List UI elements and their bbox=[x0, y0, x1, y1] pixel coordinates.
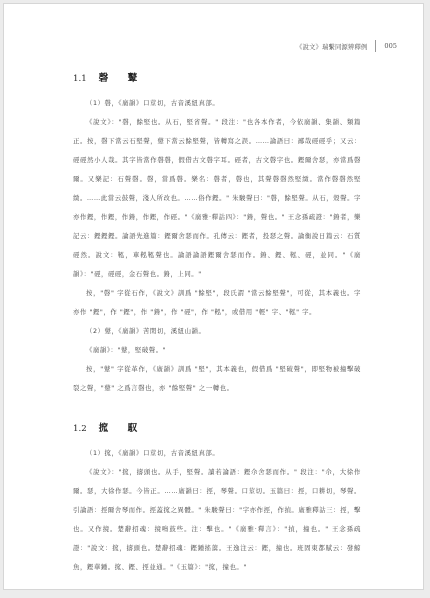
page-body: 1.1 磬 鼙 （1）磬，《廣韻》口莖切，古音溪紐真部。 《說文》："磬，餘堅也… bbox=[73, 70, 361, 577]
section-number: 1.1 bbox=[73, 74, 87, 84]
section-1-1: 1.1 磬 鼙 （1）磬，《廣韻》口莖切，古音溪紐真部。 《說文》："磬，餘堅也… bbox=[73, 70, 361, 398]
paragraph: 《說文》："搲，擣頭也。从手，堅聲。讀若論語：鏗尒舍瑟而作。" 段注："尒，大徐… bbox=[73, 463, 361, 577]
paragraph: 《廣韻》："鼙，堅破聲。" bbox=[73, 341, 361, 360]
section-heading: 1.2 搲 馭 bbox=[73, 420, 361, 436]
section-1-2: 1.2 搲 馭 （1）搲，《廣韻》口莖切，古音溪紐真部。 《說文》："搲，擣頭也… bbox=[73, 420, 361, 577]
document-page: 《說文》瑞繫同源辨釋例 005 1.1 磬 鼙 （1）磬，《廣韻》口莖切，古音溪… bbox=[3, 3, 424, 590]
paragraph: 按，"磬" 字從石作，《說文》訓爲 "餘堅"，段氏謂 "當云餘堅聲"，可從，其本… bbox=[73, 284, 361, 322]
page-number: 005 bbox=[384, 42, 397, 50]
running-head-divider bbox=[375, 40, 376, 52]
running-head: 《說文》瑞繫同源辨釋例 005 bbox=[296, 40, 397, 52]
section-number: 1.2 bbox=[73, 424, 87, 434]
running-head-title: 《說文》瑞繫同源辨釋例 bbox=[296, 42, 367, 51]
paragraph: （1）搲，《廣韻》口莖切，古音溪紐真部。 bbox=[73, 444, 361, 463]
section-title: 磬 鼙 bbox=[99, 70, 146, 84]
section-heading: 1.1 磬 鼙 bbox=[73, 70, 361, 86]
section-title: 搲 馭 bbox=[99, 420, 146, 434]
paragraph: （1）磬，《廣韻》口莖切，古音溪紐真部。 bbox=[73, 94, 361, 113]
paragraph: 《說文》："磬，餘堅也。从石，堅省聲。" 段注："也各本作者，今依廣韻、集韻、類… bbox=[73, 113, 361, 284]
paragraph: 按，"鼙" 字從革作，《廣韻》訓爲 "堅"，其本義也，假借爲 "堅破聲"，即堅物… bbox=[73, 360, 361, 398]
paragraph: （2）鼙，《廣韻》苦閑切，溪紐山韻。 bbox=[73, 322, 361, 341]
